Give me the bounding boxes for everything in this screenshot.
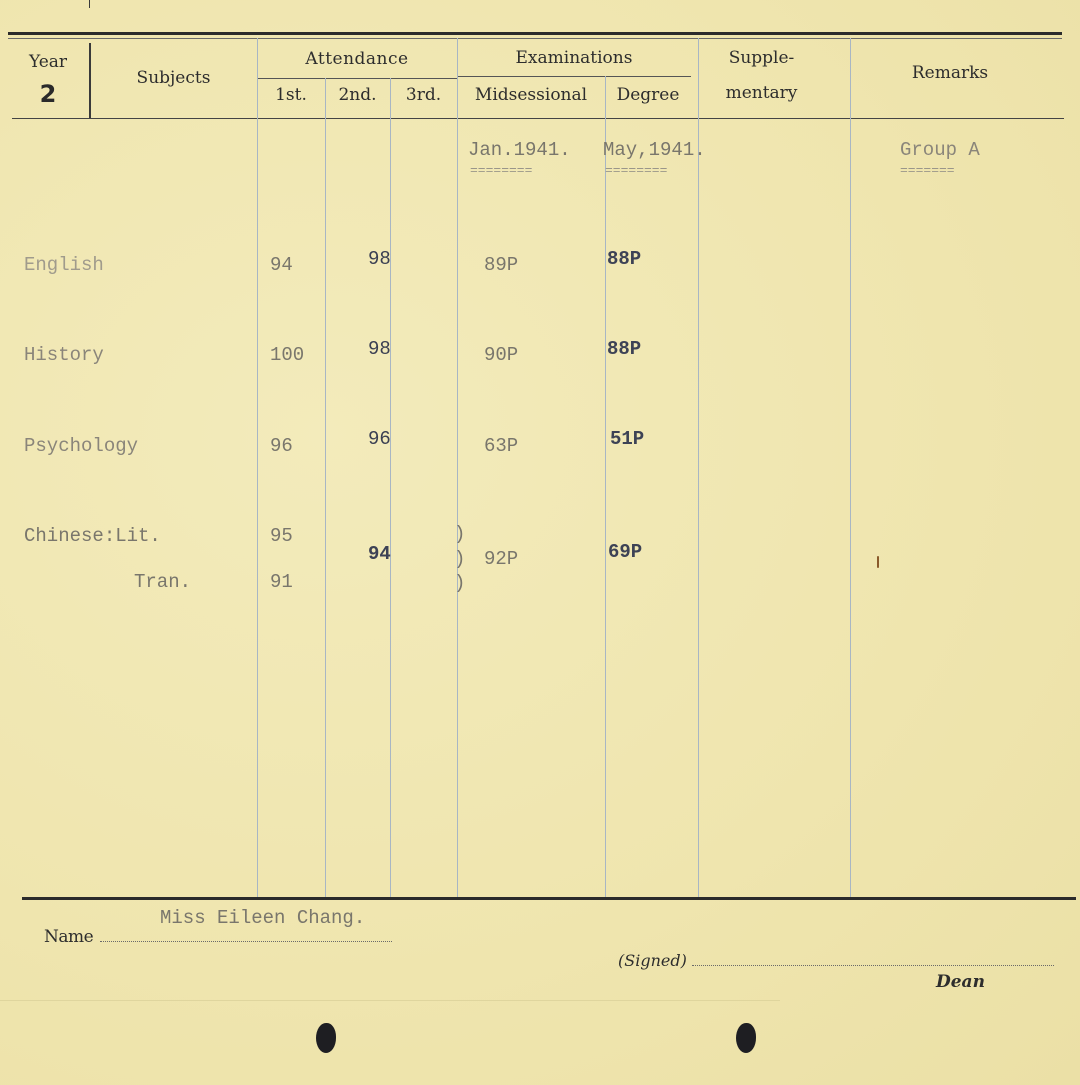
subjects-label: Subjects bbox=[90, 68, 257, 88]
examinations-label: Examinations bbox=[457, 48, 691, 68]
table-bottom-rule bbox=[22, 897, 1076, 900]
midsessional-mark: 63P bbox=[484, 435, 518, 457]
degree-mark: 51P bbox=[610, 428, 644, 450]
bracket-bottom: ) bbox=[454, 572, 465, 594]
header-bottom-rule bbox=[12, 118, 1064, 119]
attendance-1st: 100 bbox=[270, 344, 304, 366]
col-line-attendance-left bbox=[257, 38, 258, 898]
attendance-col-2nd: 2nd. bbox=[325, 85, 390, 105]
attendance-1st: 94 bbox=[270, 254, 293, 276]
midsessional-mark: 90P bbox=[484, 344, 518, 366]
col-line-remarks-left bbox=[850, 38, 851, 898]
name-label: Name bbox=[44, 927, 93, 947]
attendance-2nd: 96 bbox=[368, 428, 391, 450]
ink-speck bbox=[877, 556, 879, 568]
year-label: Year bbox=[14, 52, 82, 72]
col-line-supplementary-left bbox=[698, 38, 699, 898]
remarks-label: Remarks bbox=[850, 63, 1050, 83]
attendance-2nd: 98 bbox=[368, 248, 391, 270]
bracket-middle: ) bbox=[454, 548, 465, 570]
supplementary-label-line2: mentary bbox=[698, 83, 825, 103]
col-line-att-1-2 bbox=[325, 78, 326, 898]
subject-name-chinese-tran: Tran. bbox=[134, 571, 191, 593]
year-value: 2 bbox=[14, 80, 82, 108]
header-top-rule-thick bbox=[8, 32, 1062, 35]
bracket-top: ) bbox=[454, 523, 465, 545]
name-field-line bbox=[100, 941, 392, 942]
supplementary-label-line1: Supple- bbox=[698, 48, 825, 68]
degree-mark: 88P bbox=[607, 248, 641, 270]
midsessional-date-underline: ======== bbox=[470, 163, 532, 178]
remarks-group-underline: ======= bbox=[900, 163, 955, 178]
col-line-mid-degree bbox=[605, 76, 606, 898]
subject-name: History bbox=[24, 344, 104, 366]
attendance-col-3rd: 3rd. bbox=[390, 85, 457, 105]
attendance-col-1st: 1st. bbox=[257, 85, 325, 105]
attendance-label: Attendance bbox=[257, 49, 457, 69]
examinations-subheader-rule bbox=[457, 76, 691, 77]
signed-label: (Signed) bbox=[618, 951, 687, 970]
exam-col-midsessional: Midsessional bbox=[457, 85, 605, 105]
midsessional-mark: 89P bbox=[484, 254, 518, 276]
col-line-exam-left bbox=[457, 38, 458, 898]
binder-hole-left bbox=[316, 1023, 336, 1053]
attendance-1st-tran: 91 bbox=[270, 571, 293, 593]
exam-col-degree: Degree bbox=[605, 85, 691, 105]
attendance-2nd: 98 bbox=[368, 338, 391, 360]
attendance-1st-lit: 95 bbox=[270, 525, 293, 547]
name-value: Miss Eileen Chang. bbox=[160, 907, 365, 929]
col-line-att-2-3 bbox=[390, 78, 391, 898]
signature-field-line bbox=[692, 965, 1054, 966]
subject-name: Psychology bbox=[24, 435, 138, 457]
top-edge-tick bbox=[89, 0, 90, 8]
binder-hole-right bbox=[736, 1023, 756, 1053]
degree-date-underline: ======== bbox=[605, 163, 667, 178]
midsessional-mark: 92P bbox=[484, 548, 518, 570]
degree-mark: 69P bbox=[608, 541, 642, 563]
header-top-rule-thin bbox=[8, 38, 1062, 39]
paper-fold-line bbox=[0, 1000, 780, 1001]
degree-date: May,1941. bbox=[603, 139, 706, 161]
subject-name: English bbox=[24, 254, 104, 276]
degree-mark: 88P bbox=[607, 338, 641, 360]
dean-label: Dean bbox=[936, 972, 985, 992]
attendance-subheader-rule bbox=[257, 78, 457, 79]
attendance-1st: 96 bbox=[270, 435, 293, 457]
midsessional-date: Jan.1941. bbox=[468, 139, 571, 161]
remarks-group: Group A bbox=[900, 139, 980, 161]
attendance-2nd: 94 bbox=[368, 543, 391, 565]
subject-name-chinese-lit: Chinese:Lit. bbox=[24, 525, 161, 547]
